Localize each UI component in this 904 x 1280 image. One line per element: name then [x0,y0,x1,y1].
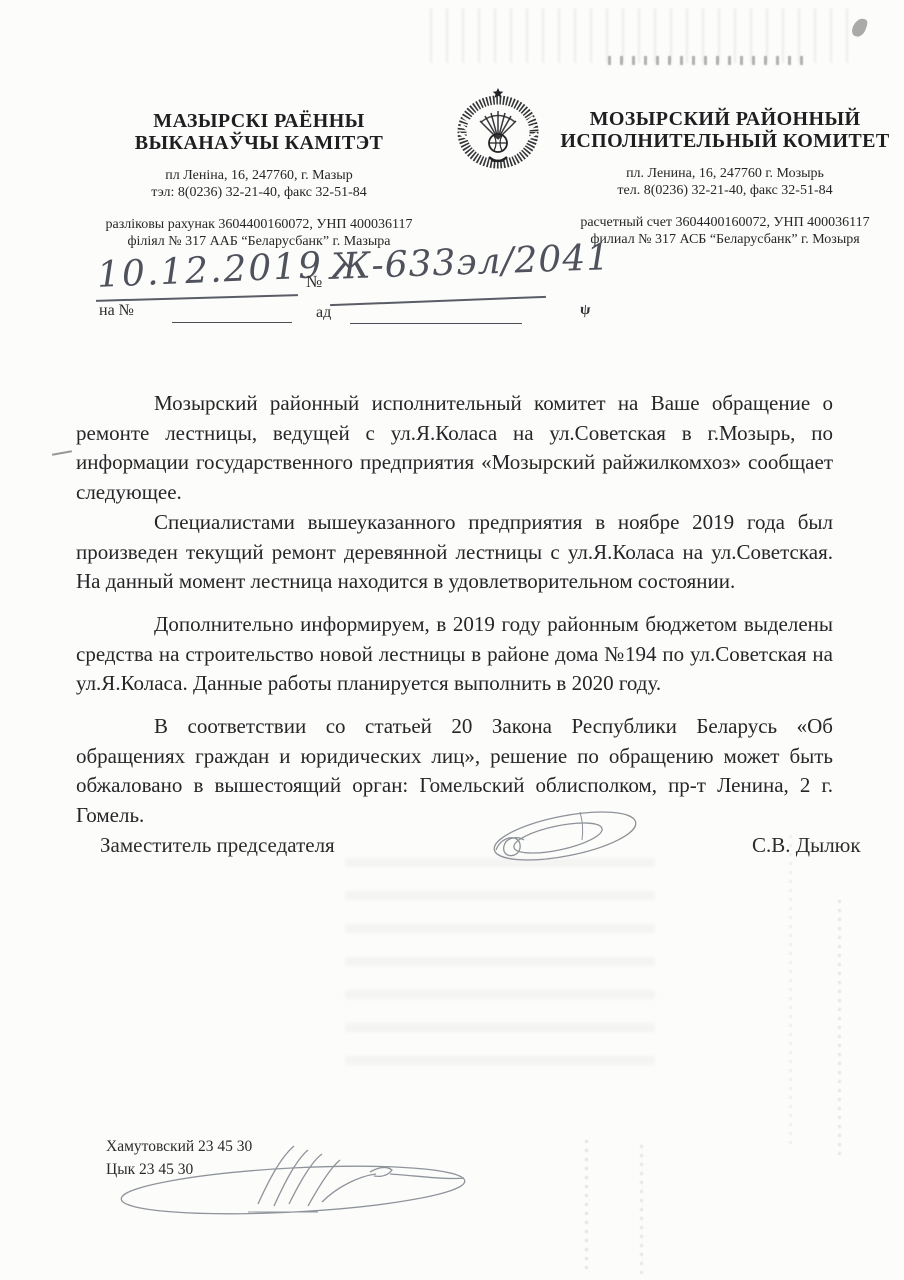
number-label: № [306,272,322,292]
org-address: пл Леніна, 16, 247760, г. Мазыр [93,167,425,184]
number-underline [330,296,546,306]
scanned-letter-page: { "letterhead": { "left": { "org_line1":… [0,0,904,1280]
body-paragraph: В соответствии со статьей 20 Закона Респ… [76,712,833,830]
incoming-number-blank [172,322,292,323]
scan-bleedthrough-text [345,858,655,1068]
scan-streak [789,835,792,1145]
body-paragraph: Мозырский районный исполнительный комите… [76,389,833,507]
org-name-line: МАЗЫРСКІ РАЁННЫ [93,110,425,132]
belarus-coat-of-arms-icon [451,87,545,171]
org-name-line: ИСПОЛНИТЕЛЬНЫЙ КОМИТЕТ [551,130,899,152]
handwritten-date: 10.12.2019 [96,245,324,296]
scan-dash-marks [608,56,808,65]
org-account: разліковы рахунак 3604400160072, УНП 400… [93,216,425,233]
scan-streak [585,1140,588,1275]
scan-streak [640,1145,643,1280]
scan-smudge-top [430,8,860,63]
stray-ink-mark: ψ [579,302,590,320]
body-paragraph: Дополнительно информируем, в 2019 году р… [76,610,833,699]
scan-streak [838,900,841,1160]
org-account: расчетный счет 3604400160072, УНП 400036… [551,214,899,231]
from-date-blank [350,323,522,324]
org-phone: тэл: 8(0236) 32-21-40, факс 32-51-84 [93,184,425,201]
org-name-line: ВЫКАНАЎЧЫ КАМІТЭТ [93,132,425,154]
letterhead-left: МАЗЫРСКІ РАЁННЫ ВЫКАНАЎЧЫ КАМІТЭТ пл Лен… [93,110,425,250]
signer-position-title: Заместитель председателя [100,833,335,858]
signer-name: С.В. Дылюк [752,833,861,858]
org-name-line: МОЗЫРСКИЙ РАЙОННЫЙ [551,108,899,130]
org-address: пл. Ленина, 16, 247760 г. Мозырь [551,165,899,182]
handwritten-outgoing-number: Ж-633эл/2041 [329,237,610,288]
scan-margin-dash [52,450,72,455]
body-paragraph: Специалистами вышеуказанного предприятия… [76,508,833,597]
official-signature-scribble [462,806,652,870]
date-underline [96,294,298,302]
letterhead-right: МОЗЫРСКИЙ РАЙОННЫЙ ИСПОЛНИТЕЛЬНЫЙ КОМИТЕ… [551,108,899,248]
from-date-label: ад [316,304,331,322]
incoming-number-label: на № [99,302,134,320]
org-phone: тел. 8(0236) 32-21-40, факс 32-51-84 [551,182,899,199]
executor-signature-scribble [108,1142,488,1222]
